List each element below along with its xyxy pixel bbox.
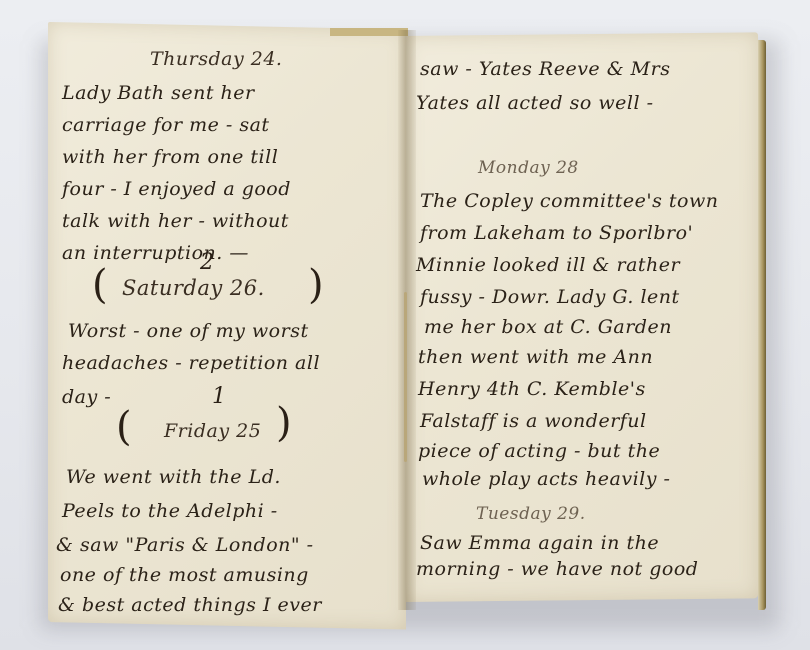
text-line: one of the most amusing <box>60 564 309 586</box>
book-gutter <box>398 30 416 610</box>
text-line: Yates all acted so well - <box>416 92 654 114</box>
text-line: saw - Yates Reeve & Mrs <box>420 58 670 80</box>
entry-heading: Tuesday 29. <box>476 504 586 524</box>
text-line: fussy - Dowr. Lady G. lent <box>420 286 680 308</box>
page-mark: 1 <box>212 384 227 409</box>
text-line: Lady Bath sent her <box>62 82 255 104</box>
text-line: then went with me Ann <box>418 346 653 368</box>
text-line: headaches - repetition all <box>62 352 320 374</box>
text-line: & saw "Paris & London" - <box>56 534 314 556</box>
entry-heading: Saturday 26. <box>122 276 265 300</box>
page-mark: 2 <box>200 250 215 275</box>
text-line: day - <box>62 386 111 408</box>
text-line: Peels to the Adelphi - <box>62 500 278 522</box>
binding-thread <box>404 292 407 462</box>
bracket-left: ( <box>92 262 108 308</box>
text-line: carriage for me - sat <box>62 114 270 136</box>
text-line: & best acted things I ever <box>58 594 322 616</box>
text-line: four - I enjoyed a good <box>62 178 291 200</box>
bracket-right: ) <box>276 400 292 446</box>
text-line: Falstaff is a wonderful <box>420 410 647 432</box>
text-line: Minnie looked ill & rather <box>416 254 680 276</box>
text-line: Saw Emma again in the <box>420 532 659 554</box>
text-line: morning - we have not good <box>416 558 698 580</box>
text-line: The Copley committee's town <box>420 190 718 212</box>
text-line: We went with the Ld. <box>66 466 281 488</box>
cover-edge-top <box>330 28 408 36</box>
entry-heading: Thursday 24. <box>150 48 282 70</box>
entry-heading: Friday 25 <box>164 420 261 442</box>
entry-heading: Monday 28 <box>478 158 579 178</box>
text-line: Henry 4th C. Kemble's <box>418 378 646 400</box>
text-line: Worst - one of my worst <box>68 320 309 342</box>
text-line: an interruption. — <box>62 242 249 264</box>
text-line: from Lakeham to Sporlbro' <box>420 222 693 244</box>
cover-edge-right <box>758 40 766 610</box>
bracket-right: ) <box>308 262 324 308</box>
text-line: with her from one till <box>62 146 278 168</box>
text-line: whole play acts heavily - <box>422 468 670 490</box>
text-line: talk with her - without <box>62 210 289 232</box>
bracket-left: ( <box>116 404 132 450</box>
text-line: me her box at C. Garden <box>424 316 672 338</box>
text-line: piece of acting - but the <box>418 440 660 462</box>
